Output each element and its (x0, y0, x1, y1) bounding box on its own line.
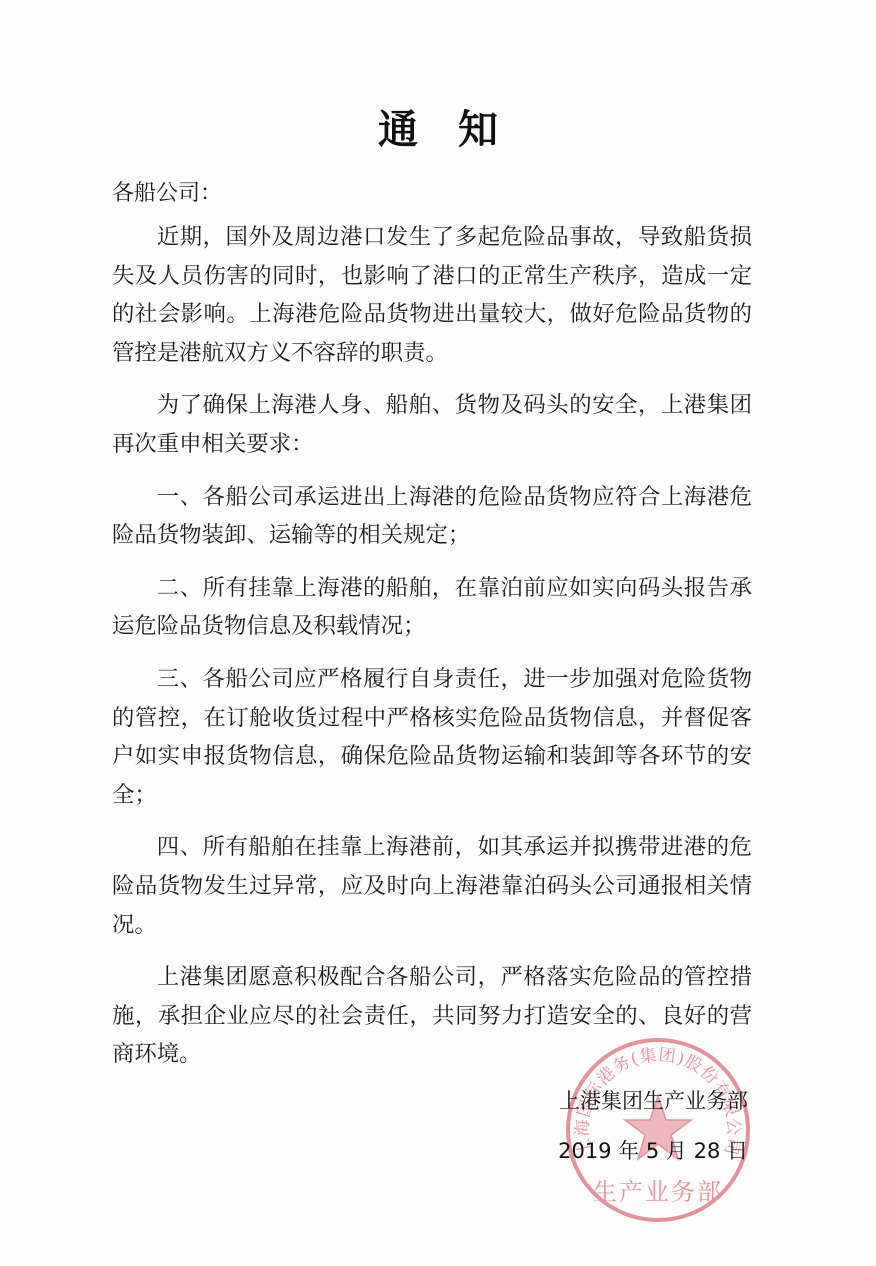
issue-date: 2019 年 5 月 28 日 (558, 1126, 748, 1176)
paragraph-background: 近期，国外及周边港口发生了多起危险品事故，导致船货损失及人员伤害的同时，也影响了… (112, 218, 752, 372)
salutation: 各船公司： (112, 176, 222, 207)
notice-document: 通知 各船公司： 近期，国外及周边港口发生了多起危险品事故，导致船货损失及人员伤… (0, 0, 876, 1266)
document-title: 通知 (0, 98, 876, 155)
paragraph-requirement-2: 二、所有挂靠上海港的船舶，在靠泊前应如实向码头报告承运危险品货物信息及积载情况； (112, 569, 752, 646)
paragraph-requirement-3: 三、各船公司应严格履行自身责任，进一步加强对危险货物的管控，在订舱收货过程中严格… (112, 660, 752, 814)
document-body: 近期，国外及周边港口发生了多起危险品事故，导致船货损失及人员伤害的同时，也影响了… (112, 218, 752, 1088)
issuing-department: 上港集团生产业务部 (558, 1076, 748, 1126)
signature-block: 上港集团生产业务部 2019 年 5 月 28 日 (558, 1076, 748, 1176)
seal-bottom-text: 生产业务部 (593, 1178, 723, 1206)
paragraph-intro: 为了确保上海港人身、船舶、货物及码头的安全，上港集团再次重申相关要求： (112, 386, 752, 463)
paragraph-requirement-1: 一、各船公司承运进出上海港的危险品货物应符合上海港危险品货物装卸、运输等的相关规… (112, 478, 752, 555)
paragraph-requirement-4: 四、所有船舶在挂靠上海港前，如其承运并拟携带进港的危险品货物发生过异常，应及时向… (112, 828, 752, 944)
